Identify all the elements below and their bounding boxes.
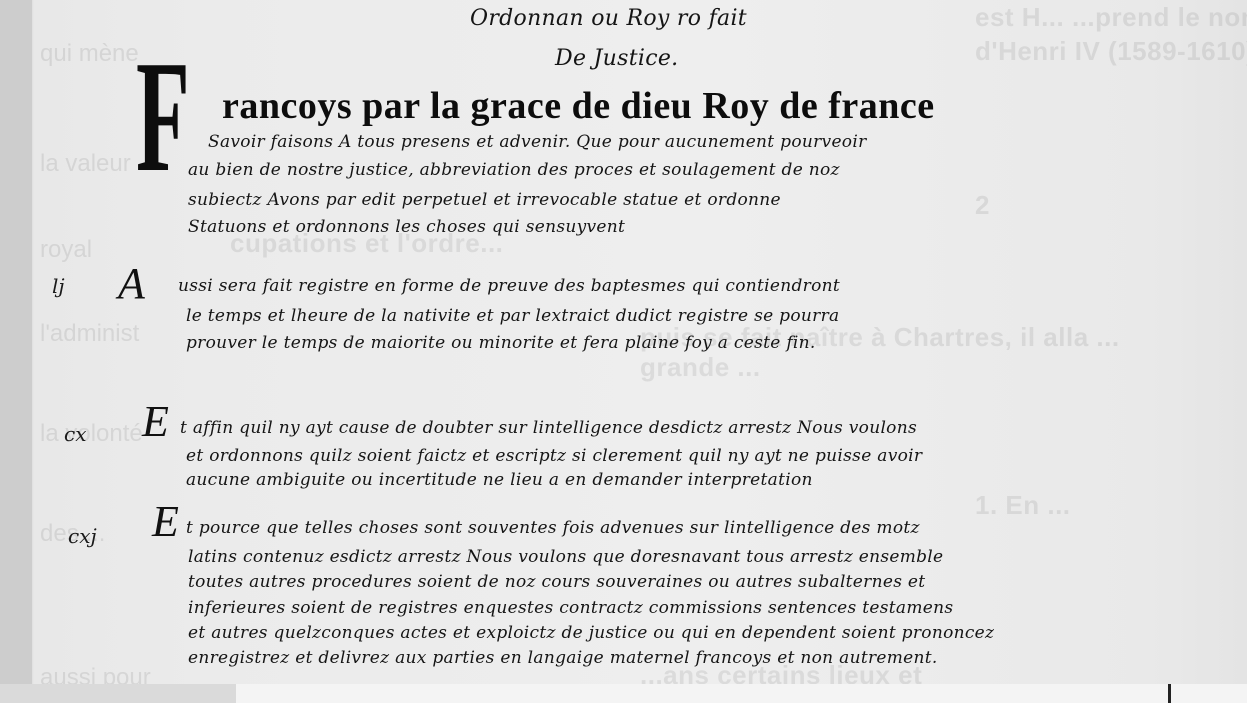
preamble-line-4: Statuons et ordonnons les choses qui sen… (188, 217, 625, 237)
article-3-line-2: latins contenuz esdictz arrestz Nous vou… (188, 547, 943, 567)
bleed-text-right-3: 2 (975, 190, 990, 221)
decorative-initial-f: F (136, 36, 190, 196)
bleed-text-left-1: qui mène (40, 40, 139, 68)
bleed-text-right-1: est H... ...prend le nom (975, 2, 1247, 33)
article-1-line-1: ussi sera fait registre en forme de preu… (178, 276, 840, 296)
preamble-line-2: au bien de nostre justice, abbreviation … (188, 160, 840, 180)
bleed-text-right-6: grande ... (640, 352, 761, 383)
article-initial-e: E (142, 400, 169, 444)
article-3-line-3: toutes autres procedures soient de noz c… (188, 572, 925, 592)
bleed-text-right-2: d'Henri IV (1589-1610) ...mme sur le (975, 36, 1247, 67)
article-3-line-5: et autres quelzconques actes et exploict… (188, 623, 994, 643)
title-line: rancoys par la grace de dieu Roy de fran… (222, 84, 935, 128)
heading-line-1: Ordonnan ou Roy ro fait (470, 6, 747, 31)
bleed-text-left-5: la volonté (40, 420, 143, 448)
preamble-line-1: Savoir faisons A tous presens et advenir… (208, 132, 867, 152)
margin-numeral-cxj: cxj (68, 524, 97, 548)
article-initial-a: A (118, 262, 145, 306)
margin-numeral-cx: cx (64, 422, 86, 446)
bleed-text-left-2: la valeur (40, 150, 131, 178)
preamble-line-3: subiectz Avons par edit perpetuel et irr… (188, 190, 781, 210)
left-page-strip (0, 0, 32, 703)
bleed-text-right-7: 1. En ... (975, 490, 1071, 521)
underlying-page (236, 684, 1247, 703)
bleed-text-left-3: royal (40, 236, 92, 264)
article-2-line-2: et ordonnons quilz soient faictz et escr… (186, 446, 922, 466)
article-2-line-3: aucune ambiguite ou incertitude ne lieu … (186, 470, 813, 490)
article-1-line-2: le temps et lheure de la nativite et par… (186, 306, 839, 326)
article-2-line-1: t affin quil ny ayt cause de doubter sur… (180, 418, 917, 438)
margin-numeral-lj: lj (52, 274, 65, 298)
article-1-line-3: prouver le temps de maiorite ou minorite… (186, 333, 816, 353)
article-3-line-1: t pource que telles choses sont souvente… (186, 518, 920, 538)
article-initial-e-2: E (152, 500, 179, 544)
article-3-line-4: inferieures soient de registres enqueste… (188, 598, 953, 618)
heading-line-2: De Justice. (555, 46, 678, 71)
article-3-line-6: enregistrez et delivrez aux parties en l… (188, 648, 938, 668)
page-edge-mark (1168, 684, 1171, 703)
bleed-text-left-4: l'administ (40, 320, 139, 348)
manuscript-scan: est H... ...prend le nom d'Henri IV (158… (0, 0, 1247, 703)
